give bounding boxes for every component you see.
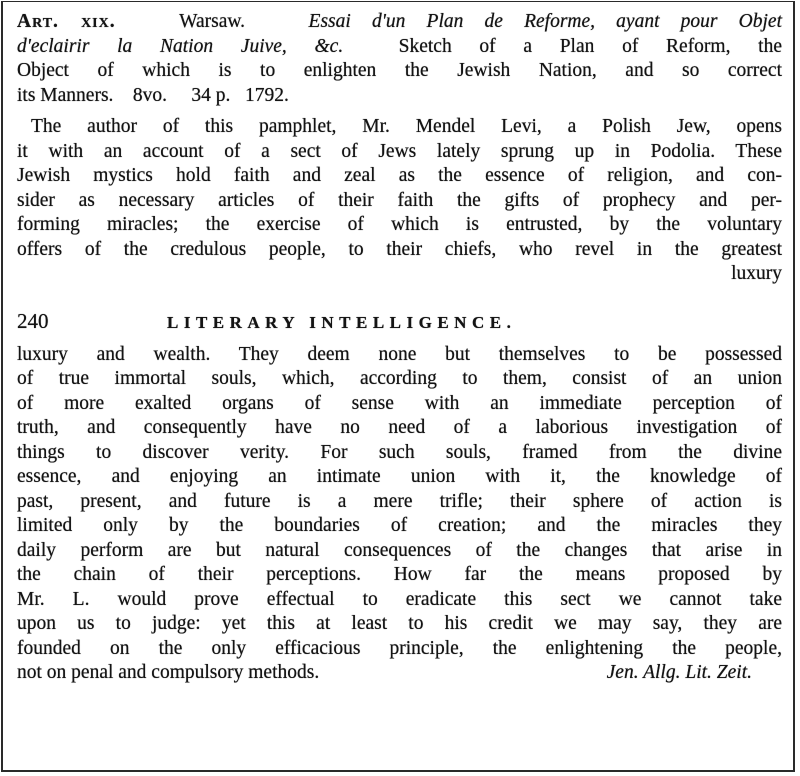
publication-year: 1792. [245, 85, 289, 106]
english-title-part-2: Object of which is to enlighten the Jewi… [17, 60, 782, 81]
body-line: Jewish mystics hold faith and zeal as th… [17, 164, 782, 189]
page-frame: Art. xix. Warsaw. Essai d'un Plan de Ref… [1, 1, 795, 772]
body-line: The author of this pamphlet, Mr. Mendel … [17, 115, 782, 140]
article-heading-line-4: its Manners. 8vo. 34 p. 1792. [17, 84, 782, 109]
body-line: luxury and wealth. They deem none but th… [17, 343, 782, 368]
page-header: 240 LITERARY INTELLIGENCE. [17, 309, 782, 339]
body-line: daily perform are but natural consequenc… [17, 539, 782, 564]
body-line: limited only by the boundaries of creati… [17, 514, 782, 539]
body-line: truth, and consequently have no need of … [17, 416, 782, 441]
article-heading-line-2: d'eclairir la Nation Juive, &c. Sketch o… [17, 35, 782, 60]
body-line: the chain of their perceptions. How far … [17, 563, 782, 588]
body-line: things to discover verity. For such soul… [17, 441, 782, 466]
french-title-part-2: d'eclairir la Nation Juive, &c. [17, 36, 343, 57]
article-heading-line-1: Art. xix. Warsaw. Essai d'un Plan de Ref… [17, 10, 782, 35]
body-line: essence, and enjoying an intimate union … [17, 465, 782, 490]
body-line: forming miracles; the exercise of which … [17, 213, 782, 238]
article-place: Warsaw. [179, 11, 245, 32]
body-line: of true immortal souls, which, according… [17, 367, 782, 392]
page-count: 34 p. [191, 85, 230, 106]
book-format: 8vo. [133, 85, 167, 106]
page-number: 240 [17, 309, 167, 334]
body-line: offers of the credulous people, to their… [17, 238, 782, 263]
document-page: Art. xix. Warsaw. Essai d'un Plan de Ref… [17, 10, 782, 686]
catchword: luxury [17, 262, 782, 287]
body-line: founded on the only efficacious principl… [17, 637, 782, 662]
closing-text: not on penal and compulsory methods. [17, 661, 319, 686]
body-line: of more exalted organs of sense with an … [17, 392, 782, 417]
body-line: Mr. L. would prove effectual to eradicat… [17, 588, 782, 613]
english-title-part-1: Sketch of a Plan of Reform, the [399, 36, 782, 57]
source-citation: Jen. Allg. Lit. Zeit. [607, 661, 782, 686]
article-number: Art. xix. [17, 11, 116, 32]
body-line: it with an account of a sect of Jews lat… [17, 140, 782, 165]
body-line: sider as necessary articles of their fai… [17, 189, 782, 214]
running-head: LITERARY INTELLIGENCE. [167, 311, 516, 336]
body-line: past, present, and future is a mere trif… [17, 490, 782, 515]
article-heading-line-3: Object of which is to enlighten the Jewi… [17, 59, 782, 84]
closing-line: not on penal and compulsory methods. Jen… [17, 661, 782, 686]
french-title-part-1: Essai d'un Plan de Reforme, ayant pour O… [309, 11, 782, 32]
english-title-part-3: its Manners. [17, 85, 113, 106]
body-line: upon us to judge: yet this at least to h… [17, 612, 782, 637]
